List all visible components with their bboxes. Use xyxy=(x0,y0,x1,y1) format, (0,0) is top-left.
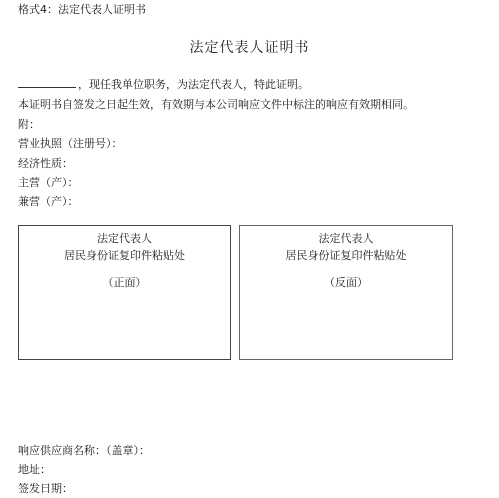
id-box-side-label: （正面） xyxy=(19,274,230,291)
address-field: 地址： xyxy=(18,461,51,477)
id-box-side-label: （反面） xyxy=(240,274,452,291)
secondary-business-field: 兼营（产）： xyxy=(18,193,79,209)
id-card-front-paste-area: 法定代表人 居民身份证复印件粘贴处 （正面） xyxy=(18,225,231,360)
statement-line: ，现任我单位职务，为法定代表人，特此证明。 xyxy=(18,76,309,92)
validity-text: 本证明书自签发之日起生效，有效期与本公司响应文件中标注的响应有效期相同。 xyxy=(18,96,414,112)
document-title: 法定代表人证明书 xyxy=(0,37,499,57)
attachment-label: 附： xyxy=(18,116,40,132)
id-box-line2: 居民身份证复印件粘贴处 xyxy=(19,247,230,264)
id-card-back-paste-area: 法定代表人 居民身份证复印件粘贴处 （反面） xyxy=(239,225,453,360)
id-box-line2: 居民身份证复印件粘贴处 xyxy=(240,247,452,264)
name-blank-field[interactable] xyxy=(18,77,76,88)
economic-nature-field: 经济性质： xyxy=(18,155,73,171)
id-box-line1: 法定代表人 xyxy=(19,230,230,247)
main-business-field: 主营（产）： xyxy=(18,174,79,190)
business-license-field: 营业执照（注册号）： xyxy=(18,135,123,151)
format-label: 格式4：法定代表人证明书 xyxy=(18,1,146,17)
statement-text: ，现任我单位职务，为法定代表人，特此证明。 xyxy=(78,78,309,91)
issue-date-field: 签发日期： xyxy=(18,480,73,496)
id-box-line1: 法定代表人 xyxy=(240,230,452,247)
supplier-name-field: 响应供应商名称：（盖章）： xyxy=(18,442,150,458)
